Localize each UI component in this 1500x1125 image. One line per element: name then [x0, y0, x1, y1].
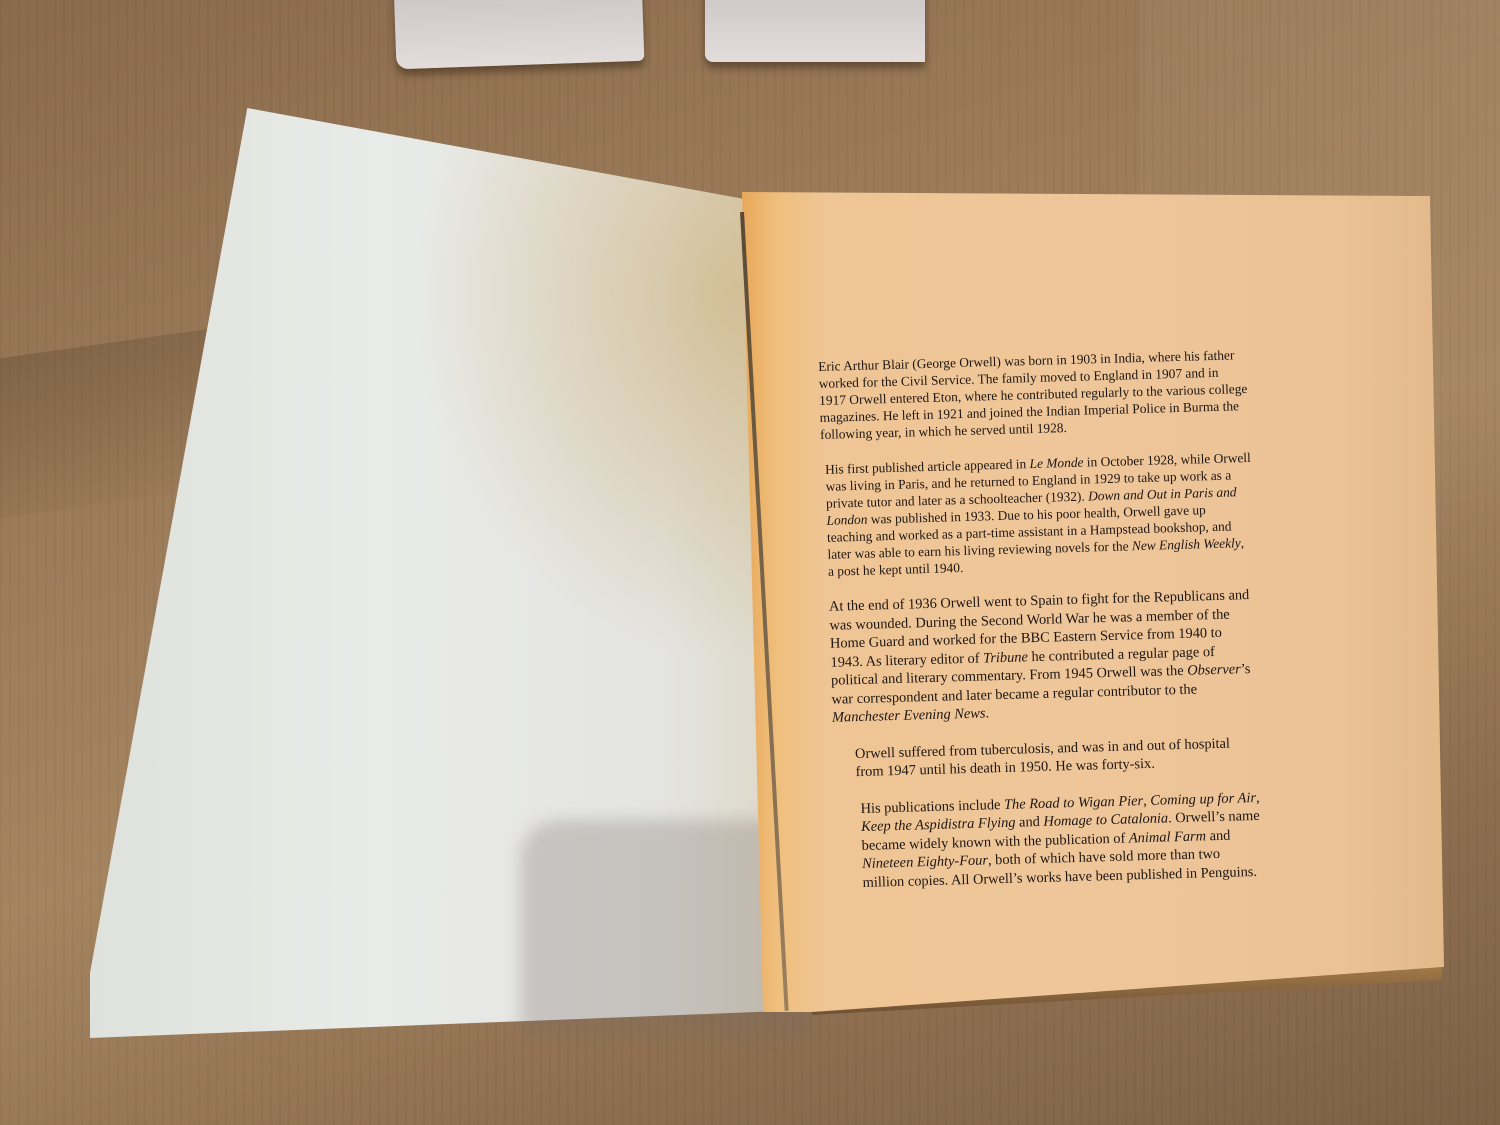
italic-title-text: Le Monde — [1029, 455, 1083, 472]
bio-paragraph-2: His first published article appeared in … — [825, 449, 1254, 580]
body-text: was published in 1933. Due to his poor h… — [827, 502, 1232, 562]
white-box-left — [394, 0, 645, 69]
body-text: His publications include — [860, 796, 1004, 816]
bio-paragraph-5: His publications include The Road to Wig… — [860, 788, 1262, 892]
italic-title-text: Tribune — [983, 649, 1028, 666]
italic-title-text: Coming up for Air — [1150, 789, 1256, 808]
italic-title-text: The Road to Wigan Pier — [1004, 793, 1144, 813]
bio-paragraph-3: At the end of 1936 Orwell went to Spain … — [829, 586, 1258, 727]
body-text: Eric Arthur Blair (George Orwell) was bo… — [818, 347, 1248, 442]
body-text: and — [1015, 814, 1043, 831]
body-text: Orwell suffered from tuberculosis, and w… — [855, 735, 1230, 780]
white-box-right — [705, 0, 925, 62]
italic-title-text: Homage to Catalonia — [1043, 810, 1168, 829]
italic-title-text: Keep the Aspidistra Flying — [861, 815, 1016, 835]
italic-title-text: Nineteen Eighty-Four — [862, 852, 988, 872]
bio-paragraph-4: Orwell suffered from tuberculosis, and w… — [855, 733, 1260, 781]
body-text: . — [985, 705, 989, 721]
italic-title-text: New English Weekly — [1132, 535, 1241, 553]
body-text: , — [1256, 789, 1260, 805]
italic-title-text: Observer — [1187, 661, 1241, 678]
body-text: and — [1206, 827, 1231, 844]
italic-title-text: Manchester Evening News — [832, 705, 986, 725]
bio-paragraph-1: Eric Arthur Blair (George Orwell) was bo… — [818, 346, 1250, 443]
italic-title-text: Animal Farm — [1129, 828, 1207, 846]
author-biography: Eric Arthur Blair (George Orwell) was bo… — [818, 346, 1263, 911]
